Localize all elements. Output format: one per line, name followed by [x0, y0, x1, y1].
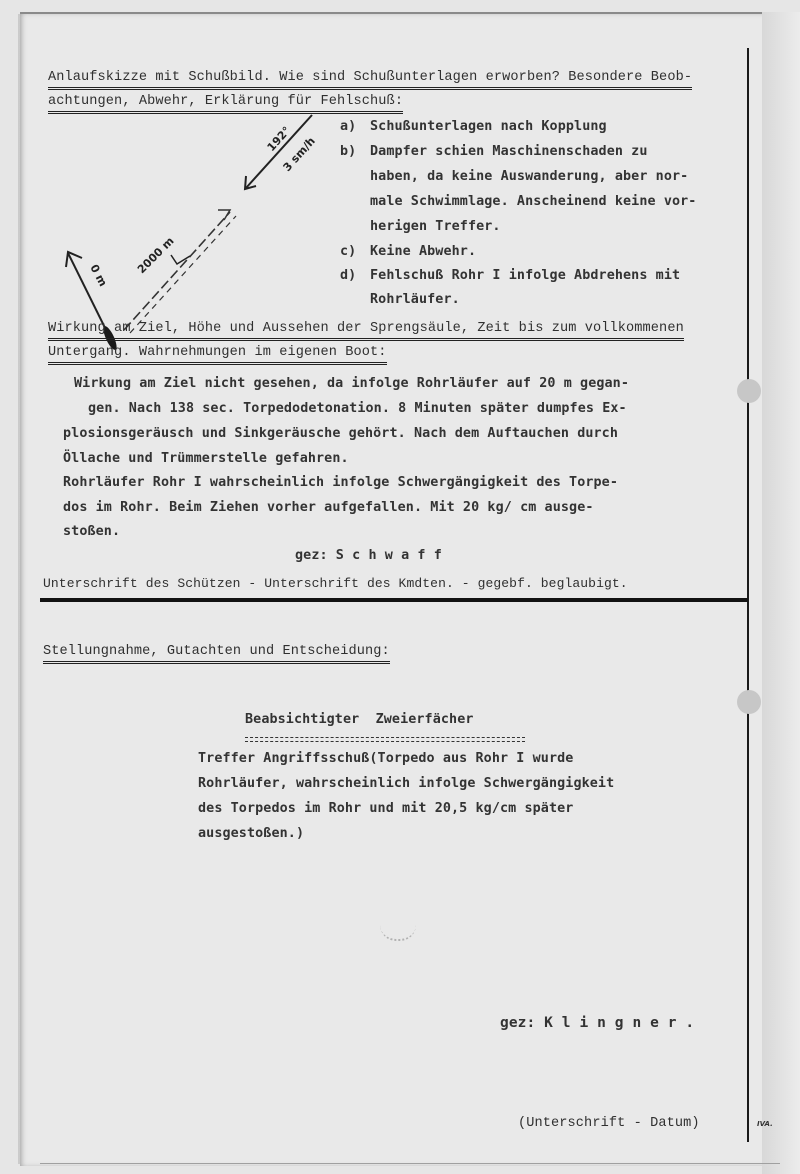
shooter-signature: gez: S c h w a f f — [295, 548, 442, 564]
item-b-line: male Schwimmlage. Anscheinend keine vor- — [370, 194, 696, 210]
section3-heading: Stellungnahme, Gutachten und Entscheidun… — [43, 644, 390, 664]
effect-line: Wirkung am Ziel nicht gesehen, da infolg… — [74, 376, 629, 392]
effect-line: gen. Nach 138 sec. Torpedodetonation. 8 … — [88, 401, 627, 417]
signature-date-caption: (Unterschrift - Datum) — [518, 1116, 700, 1132]
item-marker-b: b) — [340, 144, 356, 160]
sketch-range-label: 2000 m — [135, 234, 177, 276]
decision-line: Treffer Angriffsschuß(Torpedo aus Rohr I… — [198, 751, 573, 767]
item-b-line: haben, da keine Auswanderung, aber nor- — [370, 169, 688, 185]
item-marker-d: d) — [340, 268, 356, 284]
item-d-line: Rohrläufer. — [370, 292, 460, 308]
punch-hole — [737, 690, 761, 714]
item-c-line: Keine Abwehr. — [370, 244, 476, 260]
decision-title: Beabsichtigter Zweierfächer — [245, 712, 474, 728]
archive-mark: IVA. — [757, 1120, 773, 1128]
effect-line: dos im Rohr. Beim Ziehen vorher aufgefal… — [63, 500, 594, 516]
item-marker-a: a) — [340, 119, 356, 135]
decision-line: Rohrläufer, wahrscheinlich infolge Schwe… — [198, 776, 614, 792]
decision-line: ausgestoßen.) — [198, 826, 304, 842]
commander-signature: gez: K l i n g n e r . — [500, 1015, 694, 1031]
decision-title-underline — [245, 737, 525, 742]
section1-heading-line1: Anlaufskizze mit Schußbild. Wie sind Sch… — [48, 70, 692, 90]
page-edge-strip — [762, 12, 800, 1174]
decision-line: des Torpedos im Rohr und mit 20,5 kg/cm … — [198, 801, 573, 817]
signature-caption: Unterschrift des Schützen - Unterschrift… — [43, 576, 628, 592]
item-a-line: Schußunterlagen nach Kopplung — [370, 119, 607, 135]
effect-line: Öllache und Trümmerstelle gefahren. — [63, 451, 349, 467]
margin-rule — [747, 48, 749, 1142]
effect-line: Rohrläufer Rohr I wahrscheinlich infolge… — [63, 475, 618, 491]
section-divider — [40, 598, 748, 602]
sketch-own-label: 0 m — [87, 262, 109, 288]
effect-line: plosionsgeräusch und Sinkgeräusche gehör… — [63, 426, 618, 442]
punch-hole — [737, 379, 761, 403]
item-d-line: Fehlschuß Rohr I infolge Abdrehens mit — [370, 268, 680, 284]
page-bottom-edge — [40, 1163, 780, 1164]
item-b-line: herigen Treffer. — [370, 219, 501, 235]
item-marker-c: c) — [340, 244, 356, 260]
section2-heading-line2: Untergang. Wahrnehmungen im eigenen Boot… — [48, 345, 387, 365]
item-b-line: Dampfer schien Maschinenschaden zu — [370, 144, 648, 160]
section2-heading-line1: Wirkung am Ziel, Höhe und Aussehen der S… — [48, 321, 684, 341]
effect-line: stoßen. — [63, 524, 120, 540]
